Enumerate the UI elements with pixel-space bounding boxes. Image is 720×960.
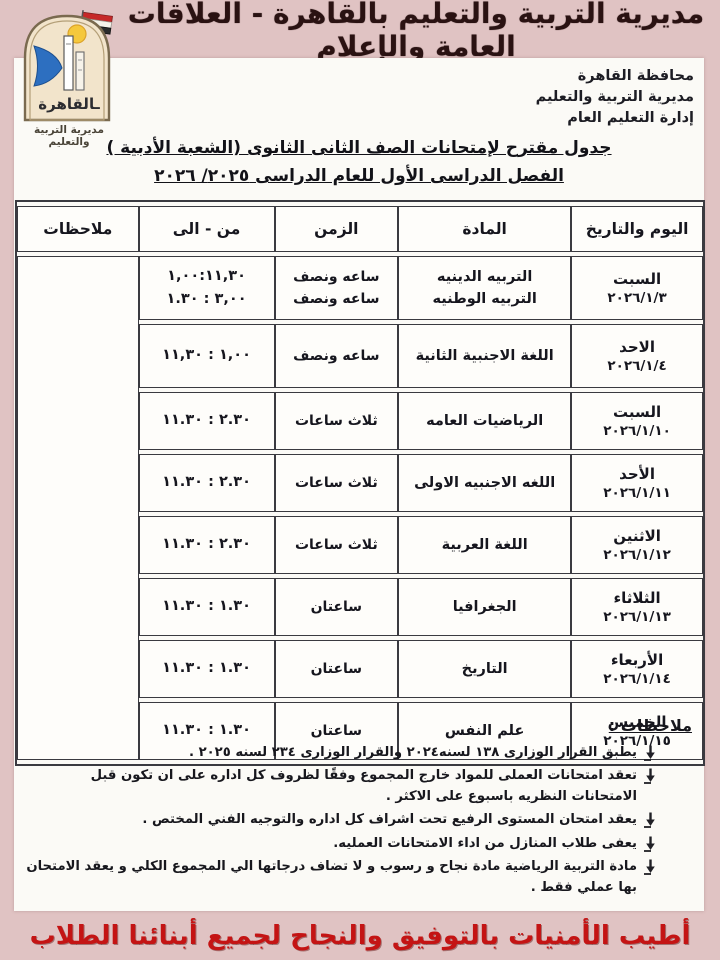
cell-line: ٢.٣٠ : ١١.٣٠ (143, 533, 271, 556)
banner-title: مديرية التربية والتعليم بالقاهرة - العلا… (118, 4, 714, 56)
day-date-cell: الأربعاء٢٠٢٦/١/١٤ (571, 640, 703, 698)
note-text: تعقد امتحانات العملى للمواد خارج المجموع… (22, 766, 637, 807)
time-range-cell: ١,٠٠ : ١١,٣٠ (139, 324, 275, 388)
logo-caption: مديرية التربية والتعليم (14, 124, 124, 148)
duration-cell: ثلاث ساعات (275, 516, 399, 574)
subject-cell: اللغه الاجنبيه الاولى (398, 454, 571, 512)
note-item: يطبق القرار الوزارى ١٣٨ لسنه٢٠٢٤ والقرار… (22, 743, 656, 763)
note-text: يطبق القرار الوزارى ١٣٨ لسنه٢٠٢٤ والقرار… (189, 743, 637, 763)
cell-line: ثلاث ساعات (279, 534, 395, 556)
exam-table-body: السبت٢٠٢٦/١/٣التربيه الدينيهالتربيه الوط… (17, 256, 703, 760)
note-text: يعفى طلاب المنازل من اداء الامتحانات الع… (333, 834, 637, 854)
note-text: مادة التربية الرياضية مادة نجاح و رسوب و… (22, 857, 637, 898)
directorate-logo: ـالقاهرة مديرية التربية والتعليم (14, 10, 124, 148)
cell-line: ٣,٠٠ : ١.٣٠ (143, 288, 271, 311)
duration-cell: ساعه ونصف (275, 324, 399, 388)
day-name: الثلاثاء (575, 588, 699, 608)
exam-schedule-table: اليوم والتاريخ المادة الزمن من - الى ملا… (17, 202, 703, 764)
letterhead-line: مديرية التربية والتعليم (536, 87, 694, 108)
exam-schedule-table-wrapper: اليوم والتاريخ المادة الزمن من - الى ملا… (15, 200, 705, 766)
note-item: مادة التربية الرياضية مادة نجاح و رسوب و… (22, 857, 656, 898)
letterhead: محافظة القاهرة مديرية التربية والتعليم إ… (536, 66, 694, 129)
cell-line: ٢.٣٠ : ١١.٣٠ (143, 409, 271, 432)
day-date-cell: السبت٢٠٢٦/١/١٠ (571, 392, 703, 450)
cell-line: ساعه ونصف (279, 266, 395, 288)
day-date-cell: الثلاثاء٢٠٢٦/١/١٣ (571, 578, 703, 636)
cell-line: ١,٠٠ : ١١,٣٠ (143, 344, 271, 367)
note-item: يعقد امتحان المستوى الرفيع تحت اشراف كل … (22, 810, 656, 830)
notes-cell (17, 256, 139, 760)
subject-cell: اللغة العربية (398, 516, 571, 574)
cell-line: الجغرافيا (402, 596, 567, 618)
footer-message: أطيب الأمنيات بالتوفيق والنجاح لجميع أبن… (0, 911, 720, 960)
cell-line: اللغة الاجنبية الثانية (402, 345, 567, 367)
subject-cell: اللغة الاجنبية الثانية (398, 324, 571, 388)
time-range-cell: ١.٣٠ : ١١.٣٠ (139, 640, 275, 698)
exam-date: ٢٠٢٦/١/٤ (575, 357, 699, 375)
day-date-cell: الأحد٢٠٢٦/١/١١ (571, 454, 703, 512)
subject-cell: الجغرافيا (398, 578, 571, 636)
cell-line: اللغه الاجنبيه الاولى (402, 472, 567, 494)
day-name: الأربعاء (575, 650, 699, 670)
letterhead-line: محافظة القاهرة (536, 66, 694, 87)
exam-row: السبت٢٠٢٦/١/٣التربيه الدينيهالتربيه الوط… (17, 256, 703, 320)
cell-line: ١,٠٠:١١,٣٠ (143, 265, 271, 288)
cell-line: ١.٣٠ : ١١.٣٠ (143, 595, 271, 618)
exam-date: ٢٠٢٦/١/١١ (575, 484, 699, 502)
duration-cell: ساعتان (275, 640, 399, 698)
time-range-cell: ٢.٣٠ : ١١.٣٠ (139, 454, 275, 512)
logo-city-text: ـالقاهرة (38, 95, 100, 113)
cell-line: ساعتان (279, 596, 395, 618)
exam-date: ٢٠٢٦/١/٣ (575, 289, 699, 307)
time-range-cell: ١,٠٠:١١,٣٠٣,٠٠ : ١.٣٠ (139, 256, 275, 320)
time-range-cell: ٢.٣٠ : ١١.٣٠ (139, 392, 275, 450)
title-line-2: الفصل الدراسى الأول للعام الدراسى ٢٠٢٥/ … (14, 166, 704, 186)
day-name: الاحد (575, 337, 699, 357)
subject-cell: التاريخ (398, 640, 571, 698)
time-range-cell: ٢.٣٠ : ١١.٣٠ (139, 516, 275, 574)
day-name: السبت (575, 402, 699, 422)
duration-cell: ساعه ونصفساعه ونصف (275, 256, 399, 320)
duration-cell: ثلاث ساعات (275, 454, 399, 512)
down-arrow-icon (644, 745, 656, 761)
cell-line: ١.٣٠ : ١١.٣٠ (143, 657, 271, 680)
down-arrow-icon (644, 812, 656, 828)
header-notes: ملاحظات (17, 206, 139, 252)
down-arrow-icon (644, 768, 656, 784)
duration-cell: ساعتان (275, 578, 399, 636)
duration-cell: ثلاث ساعات (275, 392, 399, 450)
notes-list: يطبق القرار الوزارى ١٣٨ لسنه٢٠٢٤ والقرار… (22, 743, 694, 898)
notes-heading: ملاحظات : (22, 716, 692, 735)
exam-date: ٢٠٢٦/١/١٢ (575, 546, 699, 564)
day-date-cell: السبت٢٠٢٦/١/٣ (571, 256, 703, 320)
cell-line: ساعتان (279, 658, 395, 680)
cell-line: اللغة العربية (402, 534, 567, 556)
day-date-cell: الاحد٢٠٢٦/١/٤ (571, 324, 703, 388)
cell-line: التربيه الوطنيه (402, 288, 567, 310)
cell-line: ثلاث ساعات (279, 472, 395, 494)
notes-section: ملاحظات : يطبق القرار الوزارى ١٣٨ لسنه٢٠… (22, 716, 694, 901)
header-from-to: من - الى (139, 206, 275, 252)
down-arrow-icon (644, 859, 656, 875)
document-sheet: محافظة القاهرة مديرية التربية والتعليم إ… (14, 58, 704, 911)
cell-line: الرياضيات العامه (402, 410, 567, 432)
letterhead-line: إدارة التعليم العام (536, 108, 694, 129)
header-duration: الزمن (275, 206, 399, 252)
cell-line: ٢.٣٠ : ١١.٣٠ (143, 471, 271, 494)
note-item: تعقد امتحانات العملى للمواد خارج المجموع… (22, 766, 656, 807)
day-name: الاثنين (575, 526, 699, 546)
note-item: يعفى طلاب المنازل من اداء الامتحانات الع… (22, 834, 656, 854)
note-text: يعقد امتحان المستوى الرفيع تحت اشراف كل … (142, 810, 637, 830)
exam-date: ٢٠٢٦/١/١٣ (575, 608, 699, 626)
time-range-cell: ١.٣٠ : ١١.٣٠ (139, 578, 275, 636)
day-name: السبت (575, 269, 699, 289)
header-day-date: اليوم والتاريخ (571, 206, 703, 252)
day-date-cell: الاثنين٢٠٢٦/١/١٢ (571, 516, 703, 574)
subject-cell: التربيه الدينيهالتربيه الوطنيه (398, 256, 571, 320)
cairo-education-emblem-icon: ـالقاهرة (17, 10, 121, 122)
cell-line: ساعه ونصف (279, 345, 395, 367)
subject-cell: الرياضيات العامه (398, 392, 571, 450)
exam-date: ٢٠٢٦/١/١٤ (575, 670, 699, 688)
cell-line: التربيه الدينيه (402, 266, 567, 288)
exam-date: ٢٠٢٦/١/١٠ (575, 422, 699, 440)
day-name: الأحد (575, 464, 699, 484)
header-subject: المادة (398, 206, 571, 252)
table-header-row: اليوم والتاريخ المادة الزمن من - الى ملا… (17, 206, 703, 252)
cell-line: التاريخ (402, 658, 567, 680)
cell-line: ثلاث ساعات (279, 410, 395, 432)
down-arrow-icon (644, 836, 656, 852)
cell-line: ساعه ونصف (279, 288, 395, 310)
